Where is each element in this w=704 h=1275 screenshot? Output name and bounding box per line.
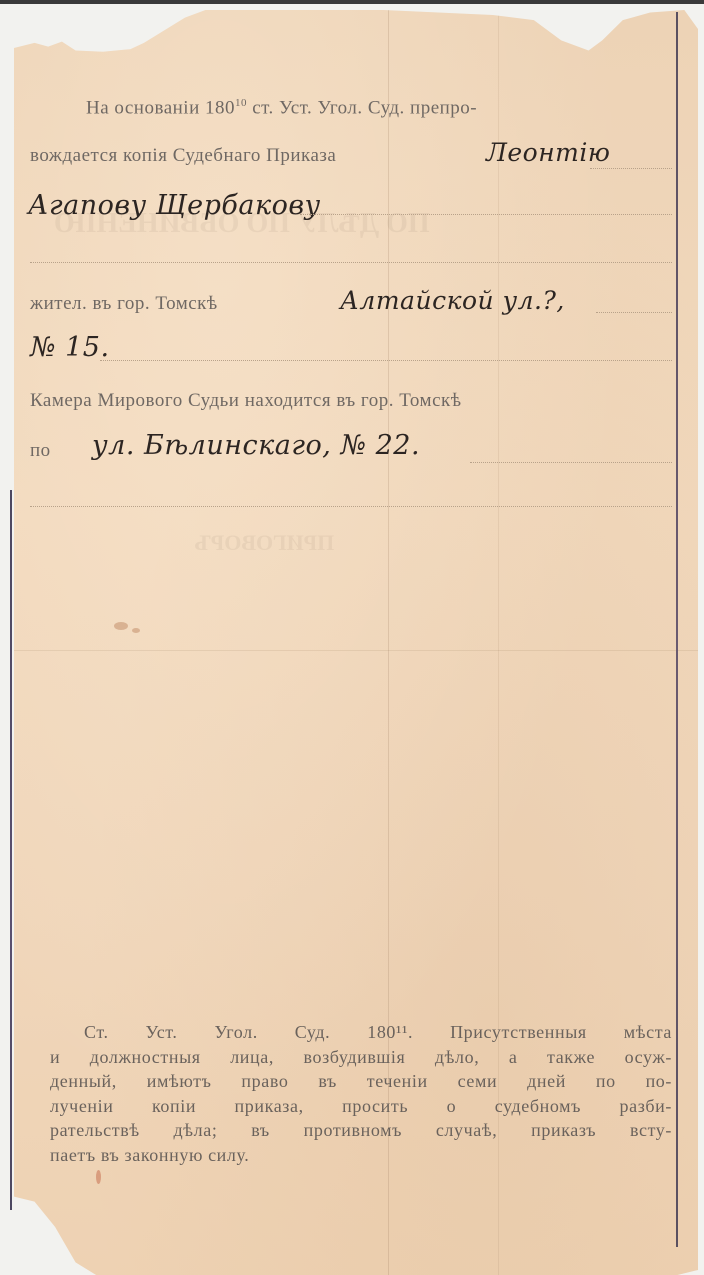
legal-footnote: Ст. Уст. Угол. Суд. 180¹¹. Присутственны… xyxy=(50,1020,672,1167)
form-line-1: На основаніи 18010 ст. Уст. Угол. Суд. п… xyxy=(86,97,477,119)
footnote-line: паетъ въ законную силу. xyxy=(50,1143,672,1168)
form-text: На основаніи 180 xyxy=(86,97,235,118)
fill-line xyxy=(30,506,672,507)
fill-line xyxy=(300,214,672,215)
residence-house-number: № 15. xyxy=(30,332,110,363)
recipient-first-name: Леонтію xyxy=(486,138,610,167)
form-line-2-label: вождается копія Судебнаго Приказа xyxy=(30,145,336,167)
stain xyxy=(96,1170,101,1184)
form-text: ст. Уст. Угол. Суд. препро- xyxy=(247,97,477,118)
scanner-edge xyxy=(0,0,704,4)
footnote-line: Ст. Уст. Угол. Суд. 180¹¹. Присутственны… xyxy=(50,1020,672,1045)
court-address: ул. Бѣлинскаго, № 22. xyxy=(92,430,420,461)
fill-line xyxy=(596,312,672,313)
footnote-line: и должностныя лица, возбудившія дѣло, а … xyxy=(50,1045,672,1070)
article-superscript: 10 xyxy=(235,97,247,109)
residence-street: Алтайской ул.?, xyxy=(340,286,565,315)
fold-crease xyxy=(14,650,698,651)
recipient-surname: Агапову Щербакову xyxy=(28,190,321,221)
bleed-through-text: ПРИГОВОРЪ xyxy=(194,530,334,556)
fill-line xyxy=(470,462,672,463)
court-chamber-label: Камера Мирового Судьи находится въ гор. … xyxy=(30,390,462,412)
footnote-line: рательствѣ дѣла; въ противномъ случаѣ, п… xyxy=(50,1118,672,1143)
fill-line xyxy=(30,262,672,263)
fill-line xyxy=(590,168,672,169)
fill-line xyxy=(100,360,672,361)
stain xyxy=(132,628,140,633)
stain xyxy=(114,622,128,630)
right-border-line xyxy=(676,12,678,1247)
court-address-label: по xyxy=(30,440,51,462)
left-border-line xyxy=(10,490,12,1210)
footnote-line: денный, имѣютъ право въ теченіи семи дне… xyxy=(50,1069,672,1094)
scanned-document: ПО ДѢЛУ ПО ОБВИНЕНІЮ ПРИГОВОРЪ На основа… xyxy=(0,0,704,1275)
residence-label: жител. въ гор. Томскѣ xyxy=(30,293,218,315)
footnote-line: лученіи копіи приказа, просить о судебно… xyxy=(50,1094,672,1119)
